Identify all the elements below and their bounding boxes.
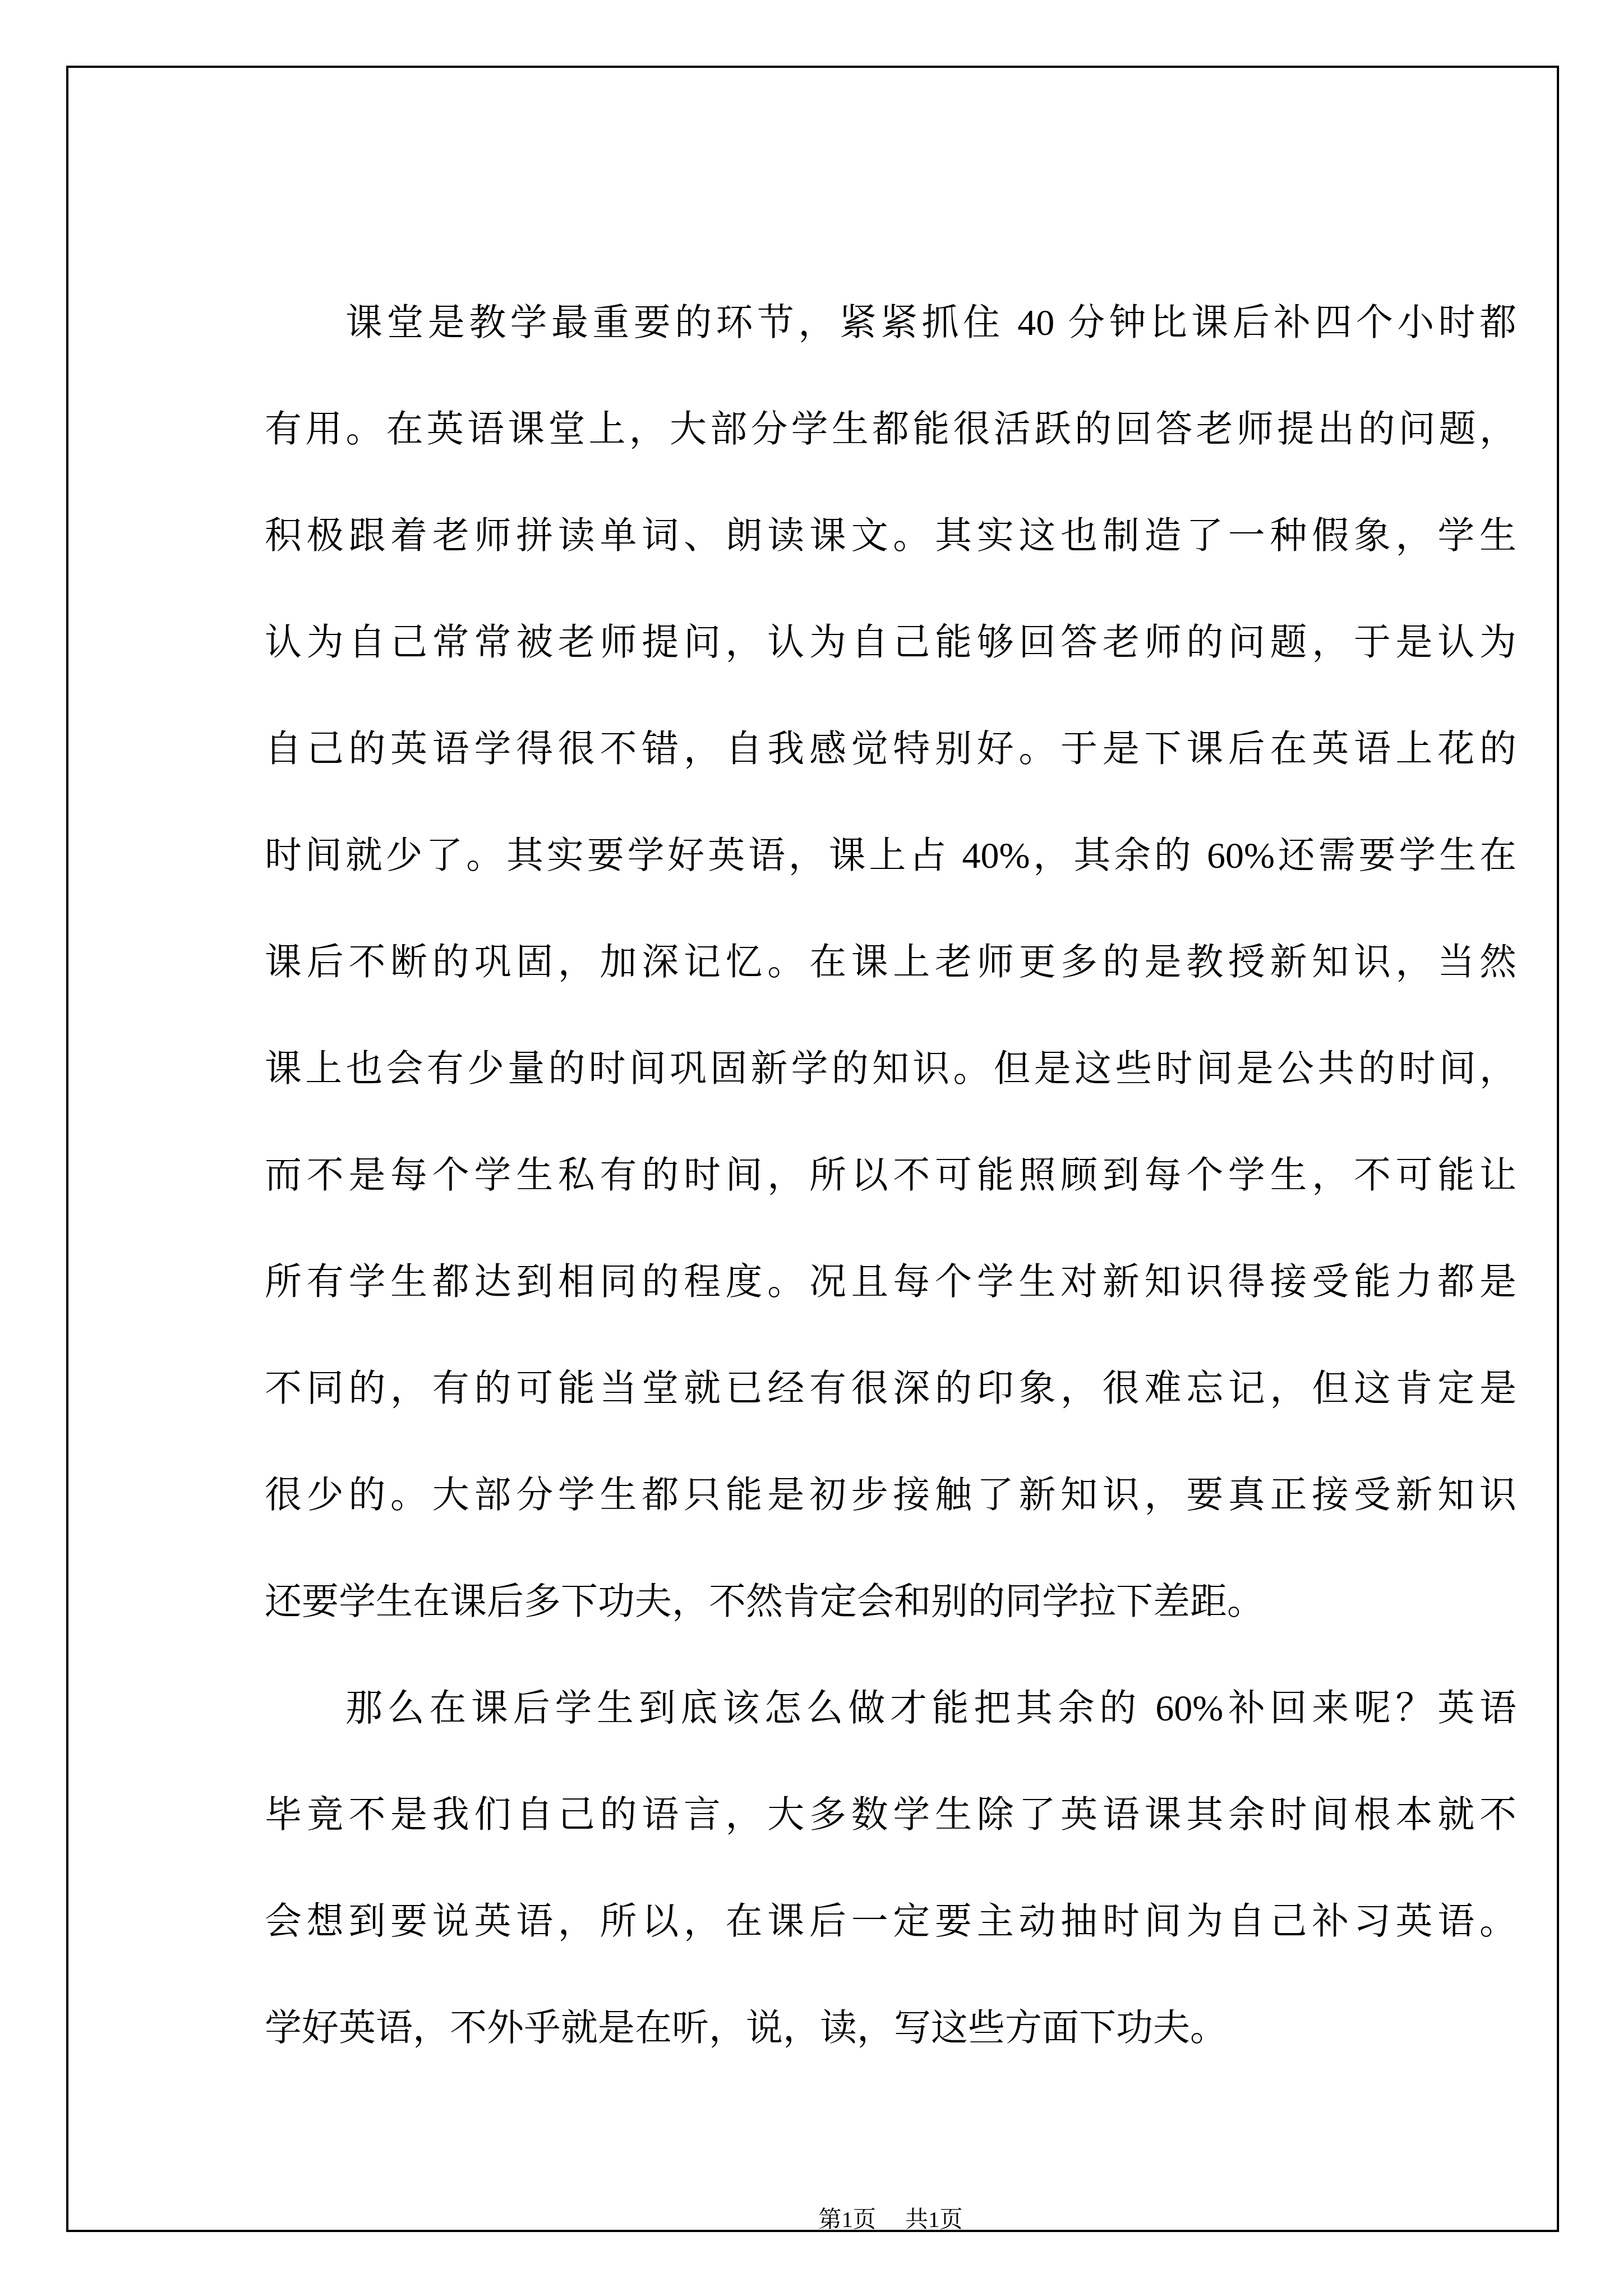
text-line: 学好英语，不外乎就是在听，说，读，写这些方面下功夫。 bbox=[265, 1975, 1516, 2082]
page-border-frame: 课堂是教学最重要的环节，紧紧抓住 40 分钟比课后补四个小时都 有用。在英语课堂… bbox=[66, 66, 1559, 2232]
paragraph-1: 课堂是教学最重要的环节，紧紧抓住 40 分钟比课后补四个小时都 有用。在英语课堂… bbox=[265, 270, 1516, 1655]
text-line: 毕竟不是我们自己的语言，大多数学生除了英语课其余时间根本就不 bbox=[265, 1762, 1516, 1869]
text-line: 积极跟着老师拼读单词、朗读课文。其实这也制造了一种假象，学生 bbox=[265, 483, 1516, 590]
page-count-total: 共1页 bbox=[905, 2206, 963, 2232]
text-line: 自己的英语学得很不错，自我感觉特别好。于是下课后在英语上花的 bbox=[265, 696, 1516, 803]
text-line: 不同的，有的可能当堂就已经有很深的印象，很难忘记，但这肯定是 bbox=[265, 1336, 1516, 1442]
text-line: 会想到要说英语，所以，在课后一定要主动抽时间为自己补习英语。 bbox=[265, 1869, 1516, 1975]
text-line: 认为自己常常被老师提问，认为自己能够回答老师的问题，于是认为 bbox=[265, 590, 1516, 696]
text-line: 而不是每个学生私有的时间，所以不可能照顾到每个学生，不可能让 bbox=[265, 1122, 1516, 1229]
document-body: 课堂是教学最重要的环节，紧紧抓住 40 分钟比课后补四个小时都 有用。在英语课堂… bbox=[265, 270, 1516, 2082]
text-line: 时间就少了。其实要学好英语，课上占 40%，其余的 60%还需要学生在 bbox=[265, 803, 1516, 909]
paragraph-2: 那么在课后学生到底该怎么做才能把其余的 60%补回来呢？英语 毕竟不是我们自己的… bbox=[265, 1655, 1516, 2082]
text-line: 课堂是教学最重要的环节，紧紧抓住 40 分钟比课后补四个小时都 bbox=[265, 270, 1516, 376]
text-line: 课上也会有少量的时间巩固新学的知识。但是这些时间是公共的时间， bbox=[265, 1016, 1516, 1122]
page-footer: 第1页共1页 bbox=[265, 2202, 1516, 2236]
text-line: 有用。在英语课堂上，大部分学生都能很活跃的回答老师提出的问题， bbox=[265, 376, 1516, 483]
text-line: 那么在课后学生到底该怎么做才能把其余的 60%补回来呢？英语 bbox=[265, 1655, 1516, 1762]
document-page: 课堂是教学最重要的环节，紧紧抓住 40 分钟比课后补四个小时都 有用。在英语课堂… bbox=[0, 0, 1623, 2296]
text-line: 所有学生都达到相同的程度。况且每个学生对新知识得接受能力都是 bbox=[265, 1229, 1516, 1336]
text-line: 课后不断的巩固，加深记忆。在课上老师更多的是教授新知识，当然 bbox=[265, 909, 1516, 1016]
text-line: 很少的。大部分学生都只能是初步接触了新知识，要真正接受新知识 bbox=[265, 1442, 1516, 1549]
page-number-current: 第1页 bbox=[819, 2206, 877, 2232]
text-line: 还要学生在课后多下功夫，不然肯定会和别的同学拉下差距。 bbox=[265, 1549, 1516, 1655]
